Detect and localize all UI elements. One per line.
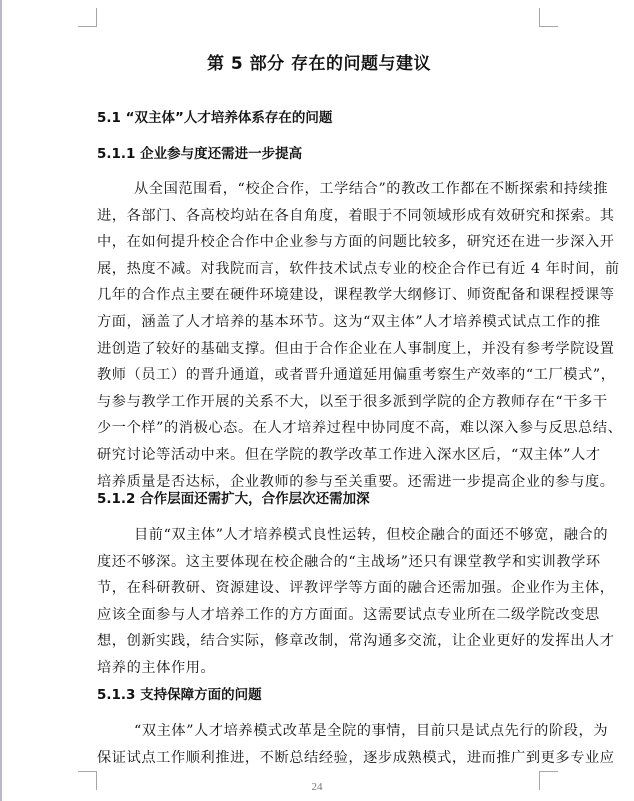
- text-line: 方面，涵盖了人才培养的基本环节。这为“双主体”人才培养模式试点工作的推: [97, 309, 541, 336]
- text-line: 展，热度不减。对我院而言，软件技术试点专业的校企合作已有近 4 年时间，前: [97, 256, 541, 283]
- page-left-edge: [0, 0, 2, 801]
- page-title: 第 5 部分 存在的问题与建议: [97, 53, 541, 75]
- heading-5-1: 5.1 “双主体”人才培养体系存在的问题: [97, 109, 332, 127]
- heading-5-1-2: 5.1.2 合作层面还需扩大，合作层次还需加深: [97, 490, 370, 508]
- text-line: 与参与教学工作开展的关系不大，以至于很多派到学院的企方教师存在“干多干: [97, 389, 541, 416]
- paragraph-5-1-3: “双主体”人才培养模式改革是全院的事情，目前只是试点先行的阶段，为 保证试点工作…: [97, 718, 541, 771]
- text-line: 培养的主体作用。: [97, 655, 541, 682]
- crop-mark-top-left: [78, 8, 97, 27]
- text-line: 节，在科研教研、资源建设、评教评学等方面的融合还需加强。企业作为主体，: [97, 575, 541, 602]
- text-line: 应该全面参与人才培养工作的方方面面。这需要试点专业所在二级学院改变思: [97, 602, 541, 629]
- text-line: “双主体”人才培养模式改革是全院的事情，目前只是试点先行的阶段，为: [97, 718, 541, 745]
- heading-5-1-1: 5.1.1 企业参与度还需进一步提高: [97, 145, 302, 163]
- paragraph-5-1-1: 从全国范围看，“校企合作，工学结合”的教改工作都在不断探索和持续推 进，各部门、…: [97, 176, 541, 495]
- text-line: 度还不够深。这主要体现在校企融合的“主战场”还只有课堂教学和实训教学环: [97, 549, 541, 576]
- text-line: 进，各部门、各高校均站在各自角度，着眼于不同领域形成有效研究和探索。其: [97, 203, 541, 230]
- paragraph-5-1-2: 目前“双主体”人才培养模式良性运转，但校企融合的面还不够宽，融合的 度还不够深。…: [97, 522, 541, 682]
- text-line: 进创造了较好的基础支撑。但由于合作企业在人事制度上，并没有参考学院设置: [97, 336, 541, 363]
- text-line: 目前“双主体”人才培养模式良性运转，但校企融合的面还不够宽，融合的: [97, 522, 541, 549]
- text-line: 中，在如何提升校企合作中企业参与方面的问题比较多，研究还在进一步深入开: [97, 229, 541, 256]
- text-line: 想，创新实践，结合实际，修章改制，常沟通多交流，让企业更好的发挥出人才: [97, 628, 541, 655]
- text-line: 研究讨论等活动中来。但在学院的教学改革工作进入深水区后，“双主体”人才: [97, 442, 541, 469]
- text-line: 保证试点工作顺利推进，不断总结经验，逐步成熟模式，进而推广到更多专业应: [97, 745, 541, 772]
- text-line: 几年的合作点主要在硬件环境建设，课程教学大纲修订、师资配备和课程授课等: [97, 282, 541, 309]
- page-number: 24: [0, 781, 634, 793]
- heading-5-1-3: 5.1.3 支持保障方面的问题: [97, 686, 262, 704]
- text-line: 从全国范围看，“校企合作，工学结合”的教改工作都在不断探索和持续推: [97, 176, 541, 203]
- text-line: 少一个样”的消极心态。在人才培养过程中协同度不高，难以深入参与反思总结、: [97, 415, 541, 442]
- crop-mark-top-right: [539, 8, 558, 27]
- text-line: 教师（员工）的晋升通道，或者晋升通道延用偏重考察生产效率的“工厂模式”，: [97, 362, 541, 389]
